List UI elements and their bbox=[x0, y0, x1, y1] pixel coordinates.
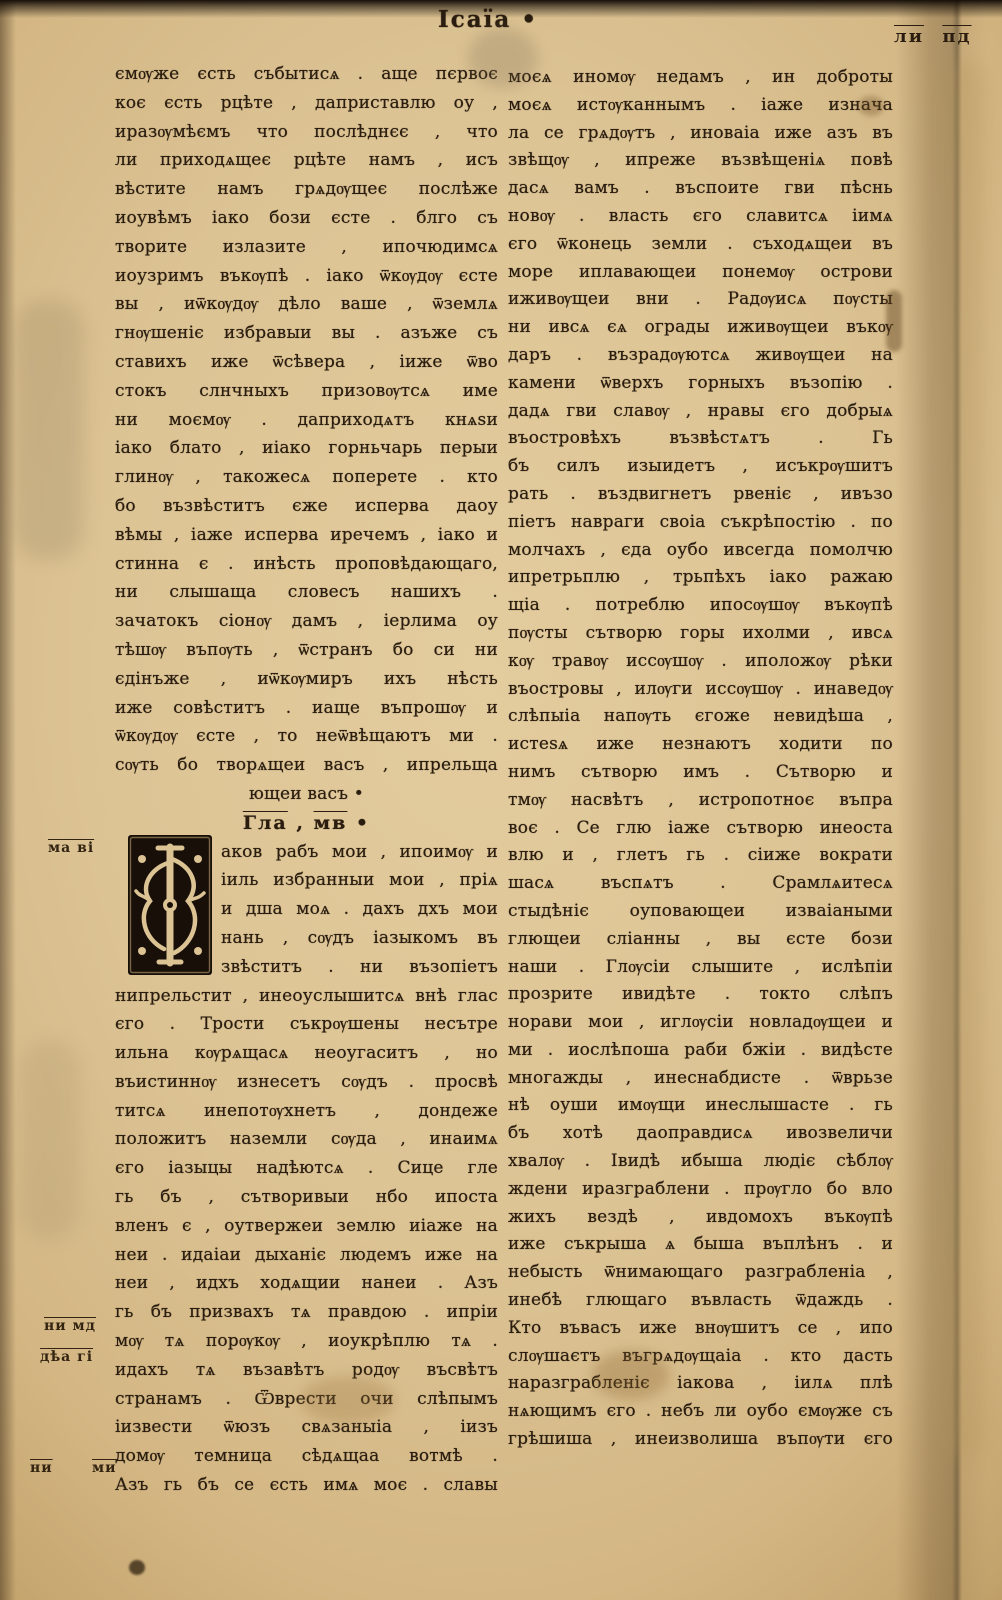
text-line: даръ . възрадѹютсѧ живѹщеи на bbox=[508, 342, 893, 370]
text-line: кѹ травѹ иссѹшѹ . иположѹ рѣки bbox=[508, 648, 893, 676]
text-line: и дша моѧ . дахъ дхъ мои bbox=[221, 895, 498, 924]
text-line: домѹ темница сѣдѧщаа вотмѣ . bbox=[115, 1442, 498, 1471]
foliation-cyrillic-numeral: пд bbox=[942, 26, 971, 47]
text-line: слѣпыіа напѹть єгоже невидѣша , bbox=[508, 703, 893, 731]
text-line: піетъ навраги своіа съкрѣпостію . по bbox=[508, 509, 893, 537]
text-line: дадѧ гви славѹ , нравы єго добрыѧ bbox=[508, 398, 893, 426]
margin-note: дѣа гі bbox=[40, 1349, 93, 1365]
text-line: ли приходѧщеє рцѣте намъ , исъ bbox=[115, 146, 498, 175]
text-line: положитъ наземли сѹда , инаимѧ bbox=[115, 1125, 498, 1154]
text-line: вы , иѿкѹдѹ дѣло ваше , ѿземлѧ bbox=[115, 290, 498, 319]
text-line: вѣмы , іаже исперва иречемъ , іако и bbox=[115, 521, 498, 550]
text-line: ставихъ иже ѿсѣвера , іиже ѿво bbox=[115, 348, 498, 377]
text-line: нимъ сътворю имъ . Сътворю и bbox=[508, 759, 893, 787]
text-line: іиль избранныи мои , пріѧ bbox=[221, 866, 498, 895]
text-line: ни ивсѧ єѧ ограды иживѹщеи въкѹ bbox=[508, 314, 893, 342]
running-title: Ісаїа • bbox=[438, 6, 538, 33]
text-line: єго іазыцы надѣютсѧ . Сице гле bbox=[115, 1154, 498, 1183]
text-line: нѣ оуши имѹщи инеслышасте . гь bbox=[508, 1092, 893, 1120]
text-line: ипретрьплю , трьпѣхъ іако ражаю bbox=[508, 564, 893, 592]
text-line: стыдѣніє оуповающеи изваіаными bbox=[508, 898, 893, 926]
text-line: рать . въздвигнетъ рвеніє , ивъзо bbox=[508, 481, 893, 509]
text-line: звѣщѹ , ипреже възвѣщеніѧ повѣ bbox=[508, 147, 893, 175]
text-line: море иплавающеи понемѹ острови bbox=[508, 259, 893, 287]
text-line: прозрите ивидѣте . токто слѣпъ bbox=[508, 981, 893, 1009]
chapter-heading-comma: , bbox=[288, 812, 314, 834]
text-line: гнѹшеніє избравыи вы . азъже съ bbox=[115, 319, 498, 348]
text-line: грѣшиша , инеизволиша въпѹти єго bbox=[508, 1426, 893, 1454]
text-line: иразѹмѣємъ что послѣднєє , что bbox=[115, 118, 498, 147]
text-line: иже совѣститъ . иаще въпрошѹ и bbox=[115, 694, 498, 723]
text-line: слѹшаєтъ въгрѧдѹщаіа . кто дасть bbox=[508, 1343, 893, 1371]
text-line: сѹть бо творѧщеи васъ , ипрельща bbox=[115, 751, 498, 780]
text-line: ждени иразграблени . прѹгло бо вло bbox=[508, 1176, 893, 1204]
text-line: норави мои , иглѹсіи новладѹщеи и bbox=[508, 1009, 893, 1037]
text-line: іизвести ѿюзъ свѧзаныіа , іизъ bbox=[115, 1413, 498, 1442]
text-line: моєѧ иномѹ недамъ , ин доброты bbox=[508, 64, 893, 92]
text-line: наши . Глѹсіи слышите , ислѣпіи bbox=[508, 954, 893, 982]
text-line: гь бъ призвахъ тѧ правдою . ипріи bbox=[115, 1298, 498, 1327]
show-through-smudge bbox=[14, 300, 84, 560]
text-line: влю и , глетъ гь . сіиже вократи bbox=[508, 842, 893, 870]
text-line: ємѹже єсть събытисѧ . аще пєрвоє bbox=[115, 60, 498, 89]
text-line: въистиннѹ изнесетъ сѹдъ . просвѣ bbox=[115, 1068, 498, 1097]
text-line: иже съкрыша ѧ быша въплѣнъ . и bbox=[508, 1231, 893, 1259]
text-line: ни моємѹ . даприходѧтъ кнѧѕи bbox=[115, 406, 498, 435]
text-line: ѿкѹдѹ єсте , то неѿвѣщаютъ ми . bbox=[115, 722, 498, 751]
text-line: бъ силъ изыидетъ , исъкрѹшитъ bbox=[508, 453, 893, 481]
text-line: аков рабъ мои , ипоимѹ и bbox=[221, 838, 498, 867]
text-line: иоузримъ въкѹпѣ . іако ѿкѹдѹ єсте bbox=[115, 262, 498, 291]
text-line: єго ѿконець земли . съходѧщеи въ bbox=[508, 231, 893, 259]
text-line: въостровѣхъ възвѣстѧтъ . Гь bbox=[508, 425, 893, 453]
text-line: ми . иослѣпоша раби бжіи . видѣсте bbox=[508, 1037, 893, 1065]
text-line: иживѹщеи вни . Радѹисѧ пѹсты bbox=[508, 286, 893, 314]
chapter-heading-word: Гла bbox=[243, 812, 288, 834]
right-column-lines: моєѧ иномѹ недамъ , ин добротымоєѧ истѹк… bbox=[508, 64, 893, 1454]
text-line: молчахъ , єда оубо ивсегда помолчю bbox=[508, 537, 893, 565]
text-line: камени ѿверхъ горныхъ възопію . bbox=[508, 370, 893, 398]
left-column-part-a: ємѹже єсть събытисѧ . аще пєрвоєкоє єсть… bbox=[115, 60, 498, 809]
text-line: небысть ѿнимающаго разграбленіа , bbox=[508, 1259, 893, 1287]
text-line: неи . идаіаи дыханіє людемъ иже на bbox=[115, 1241, 498, 1270]
page-fold-shadow bbox=[940, 60, 990, 1460]
text-line: коє єсть рцѣте , даприставлю оу , bbox=[115, 89, 498, 118]
text-line: жихъ вездѣ , ивдомохъ въкѹпѣ bbox=[508, 1204, 893, 1232]
woodcut-initial-letter bbox=[128, 835, 212, 975]
text-line: инебѣ глющаго въвласть ѿдаждь . bbox=[508, 1287, 893, 1315]
text-line: мѹ тѧ порѹкѹ , иоукрѣплю тѧ . bbox=[115, 1327, 498, 1356]
text-line: іако блато , иіако горньчарь перыи bbox=[115, 434, 498, 463]
margin-note: ми bbox=[92, 1460, 117, 1476]
text-line: дасѧ вамъ . въспоите гви пѣснь bbox=[508, 175, 893, 203]
text-line: щіа . потреблю ипосѹшѹ въкѹпѣ bbox=[508, 592, 893, 620]
text-line: єдінъже , иѿкѹмиръ ихъ нѣсть bbox=[115, 665, 498, 694]
text-line: ильна кѹрѧщасѧ неоугаситъ , но bbox=[115, 1039, 498, 1068]
ink-blot bbox=[129, 1560, 145, 1575]
show-through-smudge bbox=[20, 1040, 80, 1240]
text-line: вленъ є , оутвержеи землю иіаже на bbox=[115, 1212, 498, 1241]
chapter-number: мв bbox=[314, 812, 348, 834]
text-line: истеѕѧ иже незнаютъ ходити по bbox=[508, 731, 893, 759]
text-line: воє . Се глю іаже сътворю инеоста bbox=[508, 815, 893, 843]
margin-note: ма ві bbox=[48, 840, 94, 856]
text-line: гь бъ , сътворивыи нбо ипоста bbox=[115, 1183, 498, 1212]
text-line: вѣстите намъ грѧдѹщеє послѣже bbox=[115, 175, 498, 204]
text-line: титсѧ инепотѹхнетъ , дондеже bbox=[115, 1097, 498, 1126]
initial-woodcut-icon bbox=[128, 835, 212, 975]
text-line: странамъ . Ѿврести очи слѣпымъ bbox=[115, 1385, 498, 1414]
text-line: тѣшѹ въпѹть , ѿстранъ бо си ни bbox=[115, 636, 498, 665]
foliation-word: ли bbox=[894, 26, 924, 47]
text-line: шасѧ въспѧтъ . Срамлѧитесѧ bbox=[508, 870, 893, 898]
text-line: стинна є . инѣсть проповѣдающаго, bbox=[115, 550, 498, 579]
text-line: моєѧ истѹканнымъ . іаже изнача bbox=[508, 92, 893, 120]
text-line: нипрельстит , инеоуслышитсѧ внѣ глас bbox=[115, 982, 498, 1011]
right-text-column: моєѧ иномѹ недамъ , ин добротымоєѧ истѹк… bbox=[508, 64, 893, 1454]
text-line: зачатокъ сіонѹ дамъ , іерлима оу bbox=[115, 607, 498, 636]
text-line: многажды , инеснабдисте . ѿврьзе bbox=[508, 1065, 893, 1093]
text-line: пѹсты сътворю горы ихолми , ивсѧ bbox=[508, 620, 893, 648]
text-line: глинѹ , такожесѧ поперете . кто bbox=[115, 463, 498, 492]
text-line: Кто въвасъ иже внѹшитъ се , ипо bbox=[508, 1315, 893, 1343]
text-line: въостровы , илѹги иссѹшѹ . инаведѹ bbox=[508, 676, 893, 704]
text-line: творите излазите , ипочюдимсѧ bbox=[115, 233, 498, 262]
text-line: бо възвѣститъ єже исперва даоу bbox=[115, 492, 498, 521]
text-line: нань , сѹдъ іазыкомъ въ bbox=[221, 924, 498, 953]
chapter-heading-bullet: • bbox=[347, 812, 370, 834]
text-line: наразграбленіє іакова , іилѧ плѣ bbox=[508, 1370, 893, 1398]
chapter-heading: Гла , мв • bbox=[115, 809, 498, 838]
text-line: ни слышаща словесъ нашихъ . bbox=[115, 578, 498, 607]
margin-note: ни мд bbox=[44, 1318, 96, 1334]
text-line: хвалѹ . Івидѣ ибыша людіє сѣблѹ bbox=[508, 1148, 893, 1176]
text-line: иоувѣмъ іако бози єсте . блго съ bbox=[115, 204, 498, 233]
text-line: глющеи сліанны , вы єсте бози bbox=[508, 926, 893, 954]
text-line: звѣститъ . ни възопіетъ bbox=[221, 953, 498, 982]
text-line: бъ хотѣ даоправдисѧ ивозвеличи bbox=[508, 1120, 893, 1148]
text-line: єго . Трости съкрѹшены несътре bbox=[115, 1010, 498, 1039]
text-line: Азъ гь бъ се єсть имѧ моє . славы bbox=[115, 1471, 498, 1500]
text-line: неи , идхъ ходѧщии нанеи . Азъ bbox=[115, 1269, 498, 1298]
foliation-number: ли пд bbox=[884, 26, 972, 47]
text-line: тмѹ насвѣтъ , истропотноє въпра bbox=[508, 787, 893, 815]
text-line: нѧющимъ єго . небъ ли оубо ємѹже съ bbox=[508, 1398, 893, 1426]
text-line: ющеи васъ • bbox=[115, 780, 498, 809]
margin-note: ни bbox=[30, 1460, 53, 1476]
left-text-column: ємѹже єсть събытисѧ . аще пєрвоєкоє єсть… bbox=[115, 60, 498, 1500]
text-line: стокъ слнчныхъ призовѹтсѧ име bbox=[115, 377, 498, 406]
text-line: ла се грѧдѹтъ , иноваіа иже азъ въ bbox=[508, 120, 893, 148]
text-line: новѹ . власть єго славитсѧ іимѧ bbox=[508, 203, 893, 231]
scanned-book-page: Ісаїа • ли пд ємѹже єсть събытисѧ . аще … bbox=[0, 0, 1002, 1600]
text-line: идахъ тѧ възавѣтъ родѹ въсвѣтъ bbox=[115, 1356, 498, 1385]
